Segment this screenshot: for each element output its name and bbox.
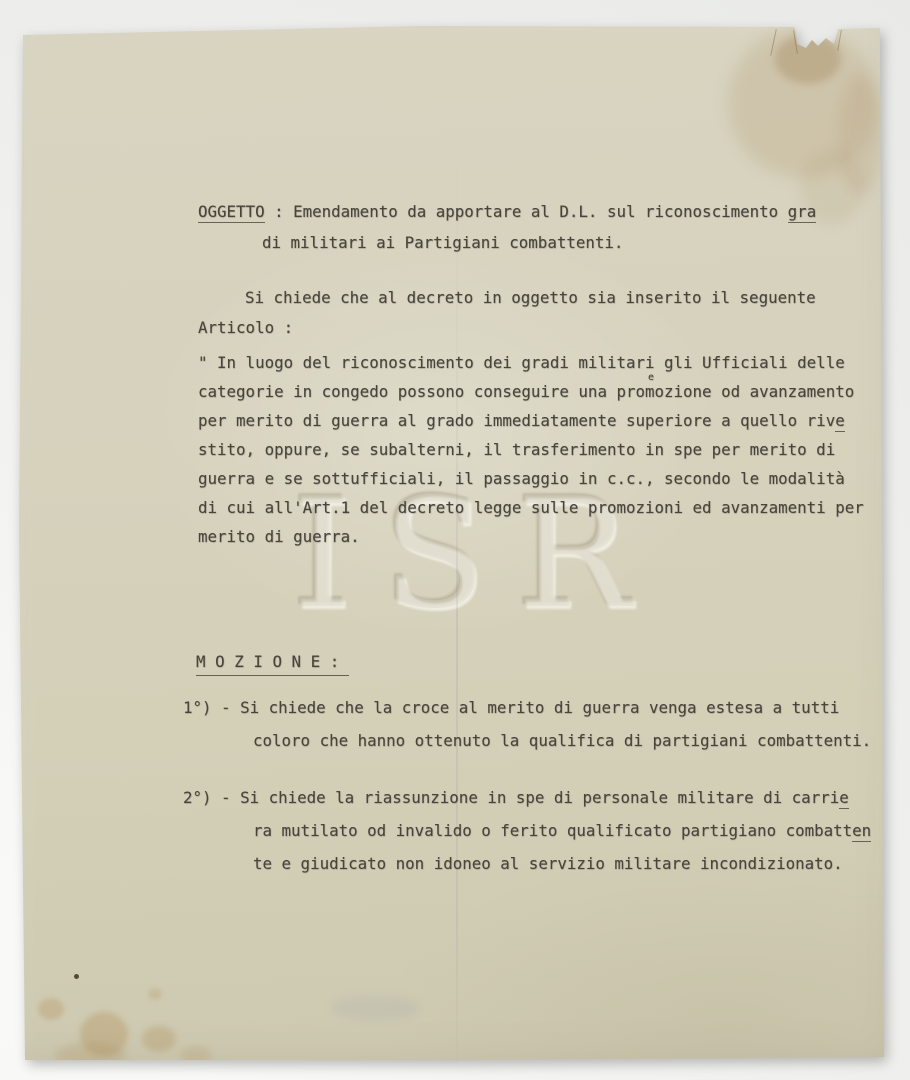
text-line: 2°) - Si chiede la riassunzione in spe d… — [183, 781, 871, 814]
intro-block: Si chiede che al decreto in oggetto sia … — [198, 283, 816, 343]
paper-shadow-wrap: ISR OGGETTO : Emendamento da apportare a… — [0, 0, 910, 1080]
motion-item-1: 1°) - Si chiede che la croce al merito d… — [183, 691, 871, 757]
ink-dash-mark — [433, 21, 471, 25]
text-line: te e giudicato non idoneo al servizio mi… — [253, 847, 871, 880]
subject-block: OGGETTO : Emendamento da apportare al D.… — [198, 196, 816, 258]
text-line: " In luogo del riconoscimento dei gradi … — [198, 348, 864, 377]
article-paragraph: " In luogo del riconoscimento dei gradi … — [198, 348, 864, 551]
text-line: merito di guerra. — [198, 522, 864, 551]
text-line: categorie in congedo possono conseguire … — [198, 377, 864, 406]
text-line: OGGETTO : Emendamento da apportare al D.… — [198, 196, 816, 227]
mozione-heading-text: MOZIONE: — [196, 652, 349, 676]
typewritten-text: OGGETTO : Emendamento da apportare al D.… — [0, 0, 910, 1080]
text-line: stito, oppure, se subalterni, il trasfer… — [198, 435, 864, 464]
text-line: per merito di guerra al grado immediatam… — [198, 406, 864, 435]
text-line: Si chiede che al decreto in oggetto sia … — [245, 283, 816, 313]
inserted-correction-char: e — [648, 372, 654, 383]
text-line: 1°) - Si chiede che la croce al merito d… — [183, 691, 871, 724]
text-line: ra mutilato od invalido o ferito qualifi… — [253, 814, 871, 847]
text-line: Articolo : — [198, 313, 816, 343]
paper-sheet: ISR OGGETTO : Emendamento da apportare a… — [0, 0, 910, 1080]
mozione-heading: MOZIONE: — [196, 652, 349, 676]
motion-item-2: 2°) - Si chiede la riassunzione in spe d… — [183, 781, 871, 880]
document-scan: ISR OGGETTO : Emendamento da apportare a… — [0, 0, 910, 1080]
text-line: guerra e se sottufficiali, il passaggio … — [198, 464, 864, 493]
text-line: di cui all'Art.1 del decreto legge sulle… — [198, 493, 864, 522]
text-line: di militari ai Partigiani combattenti. — [262, 227, 816, 258]
text-line: coloro che hanno ottenuto la qualifica d… — [253, 724, 871, 757]
